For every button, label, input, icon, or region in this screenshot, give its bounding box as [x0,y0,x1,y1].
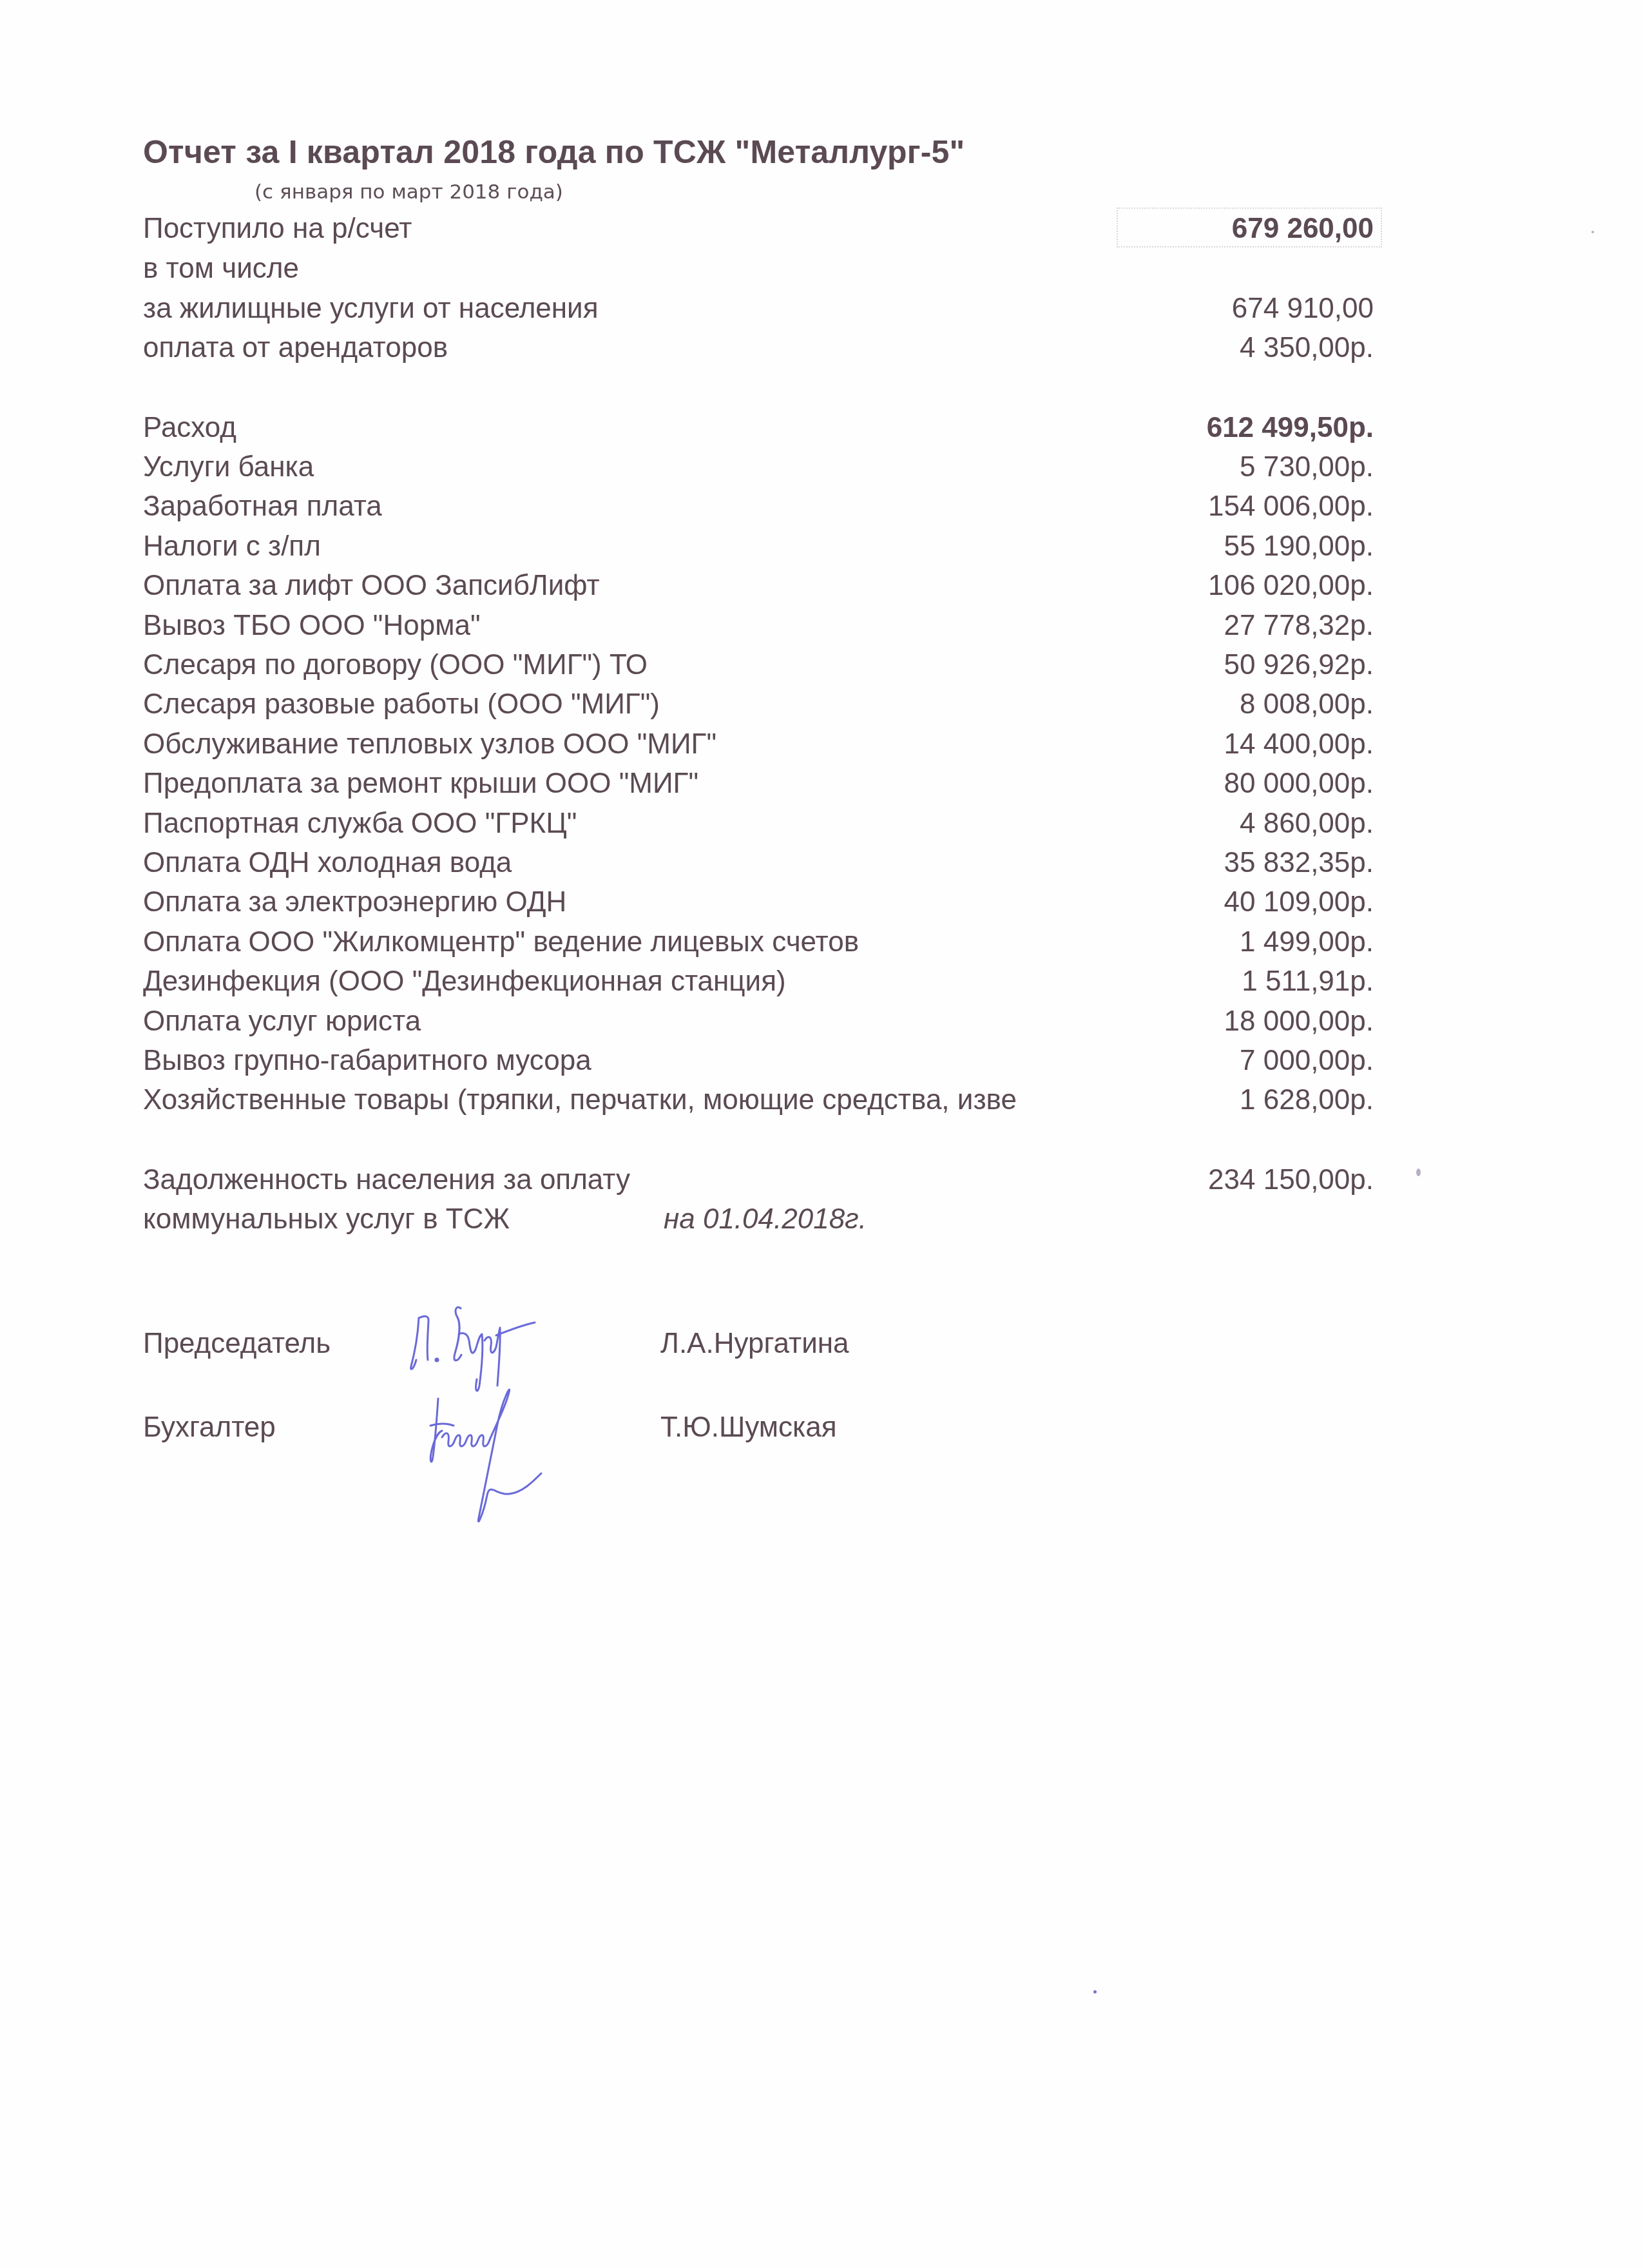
expense-row-amount: 4 860,00р. [1240,804,1374,843]
expense-row: Оплата услуг юриста18 000,00р. [143,1002,1374,1041]
receipts-including-row: в том числе [143,249,1374,288]
expense-row-label: Хозяйственные товары (тряпки, перчатки, … [143,1081,1116,1119]
debt-row: Задолженность населения за оплату 234 15… [143,1161,1374,1199]
expense-row-amount: 50 926,92р. [1224,646,1374,684]
expense-row-amount: 55 190,00р. [1224,527,1374,566]
scan-speck [1591,231,1594,233]
debt-label-line1: Задолженность населения за оплату [143,1161,1116,1199]
expense-row: Оплата за лифт ООО ЗапсибЛифт106 020,00р… [143,567,1374,605]
expense-row-amount: 80 000,00р. [1224,764,1374,803]
expense-row: Оплата за электроэнергию ОДН40 109,00р. [143,883,1374,922]
expense-row-amount: 1 511,91р. [1242,962,1374,1001]
receipt-row-amount: 4 350,00р. [1240,329,1374,367]
expense-row-amount: 18 000,00р. [1224,1002,1374,1041]
receipt-row: оплата от арендаторов4 350,00р. [143,329,1374,367]
signature-name: Т.Ю.Шумская [660,1408,837,1447]
expense-row-amount: 40 109,00р. [1224,883,1374,922]
expense-row: Вывоз групно-габаритного мусора7 000,00р… [143,1042,1374,1080]
expense-row: Слесаря по договору (ООО "МИГ") ТО50 926… [143,646,1374,684]
expense-row-label: Слесаря по договору (ООО "МИГ") ТО [143,646,1116,684]
accountant-signature-icon [412,1386,619,1540]
receipts-including-label: в том числе [143,249,1116,288]
report-title: Отчет за I квартал 2018 года по ТСЖ "Мет… [143,133,965,171]
receipt-row-label: оплата от арендаторов [143,329,1116,367]
expense-row-amount: 1 628,00р. [1240,1081,1374,1119]
expense-row-amount: 27 778,32р. [1224,606,1374,645]
expense-row: Оплата ОДН холодная вода35 832,35р. [143,844,1374,882]
expense-row-label: Оплата ОДН холодная вода [143,844,1116,882]
receipts-total-amount: 679 260,00 [1232,209,1374,248]
expenses-total-row: Расход 612 499,50р. [143,409,1374,447]
expense-row-label: Вывоз групно-габаритного мусора [143,1042,1116,1080]
expense-row: Предоплата за ремонт крыши ООО "МИГ"80 0… [143,764,1374,803]
expense-row-amount: 154 006,00р. [1208,487,1374,526]
expense-row: Заработная плата154 006,00р. [143,487,1374,526]
receipt-row-amount: 674 910,00 [1232,289,1374,328]
expense-row-amount: 5 730,00р. [1240,448,1374,487]
report-period: (с января по март 2018 года) [255,180,563,204]
expense-row: Вывоз ТБО ООО "Норма"27 778,32р. [143,606,1374,645]
expense-row: Налоги с з/пл55 190,00р. [143,527,1374,566]
expenses-total-amount: 612 499,50р. [1207,409,1374,447]
receipts-total-row: Поступило на р/счет 679 260,00 [143,209,1374,248]
expense-row-label: Услуги банка [143,448,1116,487]
expense-row-label: Оплата ООО "Жилкомцентр" ведение лицевых… [143,923,1116,962]
document-page: Отчет за I квартал 2018 года по ТСЖ "Мет… [0,0,1643,2268]
expenses-total-label: Расход [143,409,1116,447]
expense-row-amount: 35 832,35р. [1224,844,1374,882]
expense-row: Услуги банка5 730,00р. [143,448,1374,487]
expense-row-amount: 1 499,00р. [1240,923,1374,962]
expense-row: Слесаря разовые работы (ООО "МИГ")8 008,… [143,685,1374,724]
expense-row-label: Обслуживание тепловых узлов ООО "МИГ" [143,725,1116,764]
receipt-row: за жилищные услуги от населения674 910,0… [143,289,1374,328]
expense-row: Хозяйственные товары (тряпки, перчатки, … [143,1081,1374,1119]
expense-row-label: Вывоз ТБО ООО "Норма" [143,606,1116,645]
expense-row-label: Дезинфекция (ООО "Дезинфекционная станци… [143,962,1116,1001]
signature-role: Бухгалтер [143,1408,276,1447]
expense-row: Паспортная служба ООО "ГРКЦ"4 860,00р. [143,804,1374,843]
expense-row-label: Налоги с з/пл [143,527,1116,566]
debt-date: на 01.04.2018г. [664,1200,867,1239]
expense-row: Обслуживание тепловых узлов ООО "МИГ"14 … [143,725,1374,764]
expense-row-label: Предоплата за ремонт крыши ООО "МИГ" [143,764,1116,803]
expense-row: Оплата ООО "Жилкомцентр" ведение лицевых… [143,923,1374,962]
expense-row-label: Заработная плата [143,487,1116,526]
scan-speck [1416,1168,1421,1176]
debt-row-2: коммунальных услуг в ТСЖ на 01.04.2018г. [143,1200,1374,1239]
signature-role: Председатель [143,1324,331,1363]
expense-row-amount: 8 008,00р. [1240,685,1374,724]
expense-row-label: Слесаря разовые работы (ООО "МИГ") [143,685,1116,724]
debt-label-line2: коммунальных услуг в ТСЖ [143,1200,1116,1239]
signature-name: Л.А.Нургатина [660,1324,849,1363]
expense-row-amount: 7 000,00р. [1240,1042,1374,1080]
expense-row-label: Паспортная служба ООО "ГРКЦ" [143,804,1116,843]
scan-speck [1093,1990,1097,1993]
expense-row-label: Оплата за лифт ООО ЗапсибЛифт [143,567,1116,605]
debt-amount: 234 150,00р. [1208,1161,1374,1199]
expense-row-label: Оплата за электроэнергию ОДН [143,883,1116,922]
receipt-row-label: за жилищные услуги от населения [143,289,1116,328]
expense-row-amount: 106 020,00р. [1208,567,1374,605]
expense-row-label: Оплата услуг юриста [143,1002,1116,1041]
expense-row-amount: 14 400,00р. [1224,725,1374,764]
expense-row: Дезинфекция (ООО "Дезинфекционная станци… [143,962,1374,1001]
receipts-total-label: Поступило на р/счет [143,209,1116,248]
chairman-signature-icon [399,1295,606,1399]
